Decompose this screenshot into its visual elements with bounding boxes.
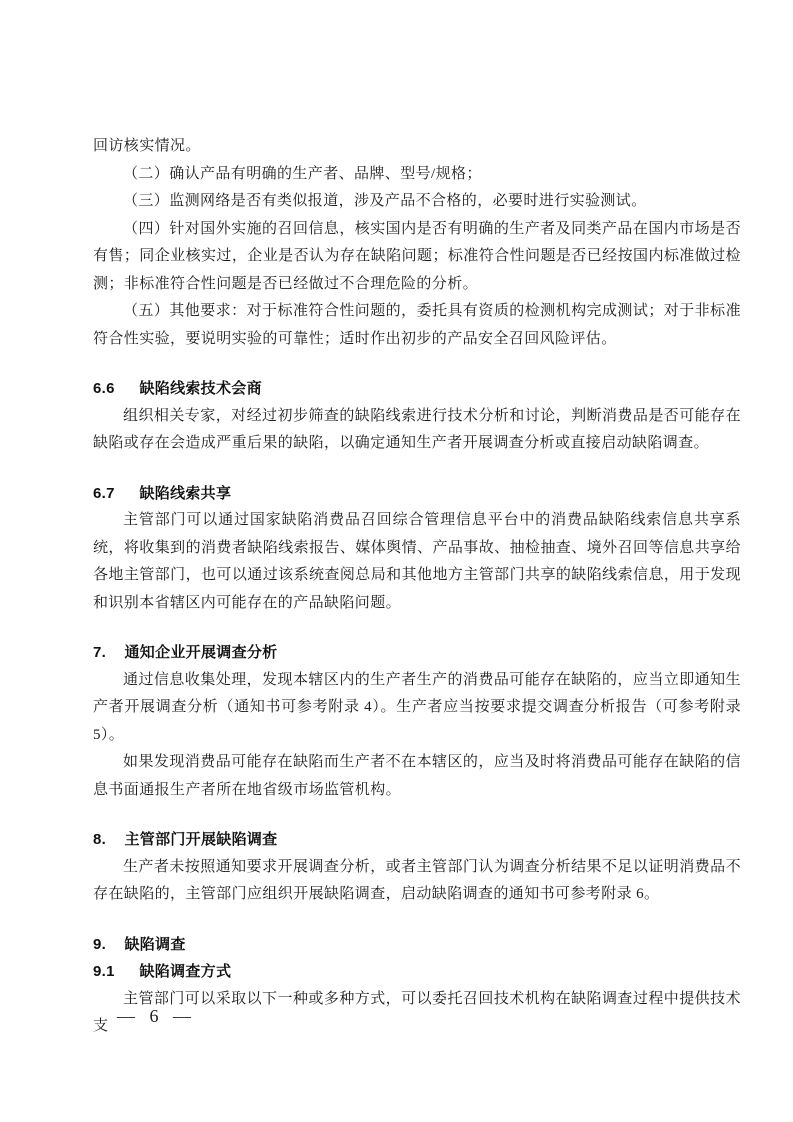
page-number: — 6 — [117, 1006, 193, 1026]
section-title: 缺陷调查方式 [139, 963, 231, 980]
paragraph: 组织相关专家，对经过初步筛查的缺陷线索进行技术分析和讨论，判断消费品是否可能存在… [93, 403, 741, 458]
page-footer: — 6 — [117, 1003, 193, 1030]
paragraph: （三）监测网络是否有类似报道，涉及产品不合格的，必要时进行实验测试。 [93, 188, 741, 216]
paragraph: 如果发现消费品可能存在缺陷而生产者不在本辖区的，应当及时将消费品可能存在缺陷的信… [93, 749, 741, 804]
section-title: 缺陷调查 [124, 936, 185, 953]
section-number: 9.1 [93, 958, 135, 986]
section-title: 缺陷线索技术会商 [139, 380, 261, 397]
section-title: 缺陷线索共享 [139, 485, 231, 502]
section-number: 6.6 [93, 375, 135, 403]
section-number: 6.7 [93, 480, 135, 508]
section-number: 7. [93, 639, 120, 667]
section-number: 9. [93, 931, 120, 959]
section-heading: 9. 缺陷调查 [93, 931, 741, 959]
paragraph: 生产者未按照通知要求开展调查分析，或者主管部门认为调查分析结果不足以证明消费品不… [93, 854, 741, 909]
section-heading: 8. 主管部门开展缺陷调查 [93, 826, 741, 854]
paragraph: （四）针对国外实施的召回信息，核实国内是否有明确的生产者及同类产品在国内市场是否… [93, 216, 741, 299]
section-heading: 6.6 缺陷线索技术会商 [93, 375, 741, 403]
paragraph: 通过信息收集处理，发现本辖区内的生产者生产的消费品可能存在缺陷的，应当立即通知生… [93, 667, 741, 750]
section-heading: 9.1 缺陷调查方式 [93, 958, 741, 986]
section-number: 8. [93, 826, 120, 854]
section-heading: 7. 通知企业开展调查分析 [93, 639, 741, 667]
section-title: 通知企业开展调查分析 [124, 644, 277, 661]
document-page: 回访核实情况。 （二）确认产品有明确的生产者、品牌、型号/规格； （三）监测网络… [0, 0, 793, 1122]
section-heading: 6.7 缺陷线索共享 [93, 480, 741, 508]
paragraph: 回访核实情况。 [93, 133, 741, 161]
paragraph: 主管部门可以通过国家缺陷消费品召回综合管理信息平台中的消费品缺陷线索信息共享系统… [93, 507, 741, 617]
section-title: 主管部门开展缺陷调查 [124, 831, 277, 848]
paragraph: （五）其他要求：对于标准符合性问题的，委托具有资质的检测机构完成测试；对于非标准… [93, 298, 741, 353]
paragraph: （二）确认产品有明确的生产者、品牌、型号/规格； [93, 161, 741, 189]
document-content: 回访核实情况。 （二）确认产品有明确的生产者、品牌、型号/规格； （三）监测网络… [93, 133, 741, 1041]
